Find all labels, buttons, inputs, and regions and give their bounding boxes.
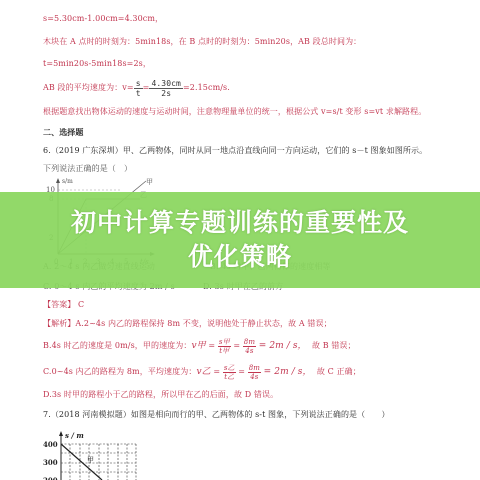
analysis-b-result: = 2m / s， [259,341,307,351]
question7-stem: 7.（2018 河南模拟题）如图是相向而行的甲、乙两物体的 s-t 图象，下列说… [43,410,390,420]
y-axis-label: s/m [62,178,73,185]
fraction-s-over-t: st [134,79,143,98]
answer-label: 【答案】 C [43,300,84,310]
q7-y-tick-300: 300 [43,458,58,467]
solution-avg-speed: AB 段的平均速度为：v=st=4.30cm2s=2.15cm/s. [43,78,230,98]
analysis-b-suffix: 故 B 错误； [312,341,356,350]
fraction-8m-4s: 8m4s [243,338,256,355]
fraction-8m-4s-c: 8m4s [248,364,261,381]
banner-title-line1: 初中计算专题训练的重要性及 [71,206,409,240]
section-heading: 二、选择题 [43,127,84,137]
series-jia-label: 甲 [146,178,153,186]
analysis-c-prefix: C.0~4s 内乙的路程为 8m，平均速度为： [43,367,196,376]
question6-stem: 6.（2019 广东深圳）甲、乙两物体，同时从同一地点沿直线向同一方向运动，它们… [43,146,427,156]
analysis-c: C.0~4s 内乙的路程为 8m，平均速度为：v乙 = s乙t乙 = 8m4s … [43,361,361,383]
banner-title-line2: 优化策略 [188,240,292,274]
analysis-b-prefix: B.4s 时乙的速度是 0m/s，甲的速度为： [43,341,191,350]
q7-y-tick-200: 200 [43,476,58,480]
solution-distance: s=5.30cm-1.00cm=4.30cm， [43,14,163,24]
q7-y-tick-400: 400 [43,440,58,449]
solution-times: 木块在 A 点时的时刻为：5min18s，在 B 点时的时刻为：5min20s，… [43,37,361,47]
analysis-b: B.4s 时乙的速度是 0m/s，甲的速度为：v甲 = s甲t甲 = 8m4s … [43,335,356,357]
question6-prompt: 下列说法正确的是（ ） [43,164,132,174]
analysis-c-suffix: 故 C 正确； [317,367,361,376]
analysis-c-result: = 2m / s， [264,367,312,377]
avg-speed-prefix: AB 段的平均速度为：v= [43,83,134,92]
q7-series-jia-label: 甲 [87,456,94,464]
avg-speed-result: =2.15cm/s. [183,83,230,92]
question7-st-chart: s / m 400 300 200 甲 [40,430,150,480]
v-yi: v乙 [196,367,210,377]
v-jia: v甲 [191,341,205,351]
fraction-s-yi-t-yi: s乙t乙 [223,364,236,381]
fraction-values: 4.30cm2s [149,79,183,98]
title-banner: 初中计算专题训练的重要性及 优化策略 [0,192,480,288]
analysis-a: 【解析】A.2~4s 内乙的路程保持 8m 不变，说明他处于静止状态，故 A 错… [43,319,332,329]
analysis-d: D.3s 时甲的路程小于乙的路程，所以甲在乙的后面，故 D 错误。 [43,390,278,400]
fraction-s-jia-t-jia: s甲t甲 [218,338,231,355]
q7-y-axis-label: s / m [65,431,84,440]
solution-time-total: t=5min20s-5min18s=2s， [43,59,151,69]
solution-note: 根据题意找出物体运动的速度与运动时间，注意物理量单位的统一，根据公式 v=s/t… [43,107,426,117]
